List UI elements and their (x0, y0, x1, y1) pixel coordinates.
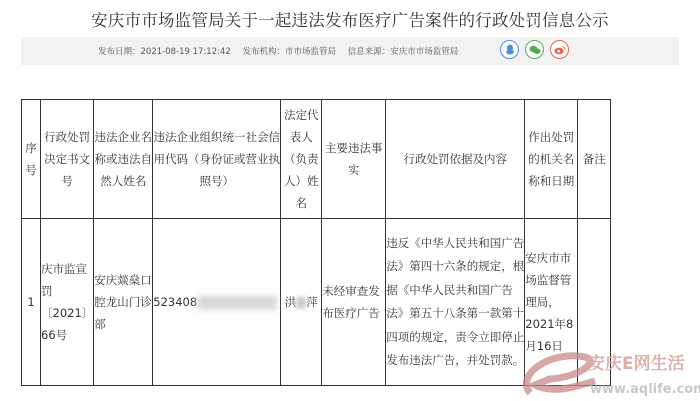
header-seq: 序号 (22, 100, 41, 219)
legal-rep-part-a: 洪 (285, 295, 297, 309)
cell-credit-code: 523408 (153, 219, 281, 386)
header-basis: 行政处罚依据及内容 (386, 100, 525, 219)
header-doc-no: 行政处罚决定书文号 (41, 100, 94, 219)
header-row: 序号 行政处罚决定书文号 违法企业名称或违法自然人姓名 违法企业组织统一社会信用… (22, 100, 611, 219)
publish-date: 发布日期：2021-08-19 17:12:42 (98, 47, 231, 57)
cell-remark (578, 219, 611, 386)
share-weibo-button[interactable] (550, 40, 569, 59)
table-row: 1 庆市监宣罚〔2021〕66号 安庆燚燊口腔龙山门诊部 523408 洪萍 未… (22, 219, 611, 386)
meta-info: 发布日期：2021-08-19 17:12:42 发布机构：市市场监管局 信息来… (98, 45, 467, 57)
header-remark: 备注 (578, 100, 611, 219)
penalty-table: 序号 行政处罚决定书文号 违法企业名称或违法自然人姓名 违法企业组织统一社会信用… (21, 99, 611, 386)
credit-code-visible: 523408 (153, 295, 197, 309)
redacted-blur (296, 297, 306, 309)
publisher: 发布机构：市市场监管局 (242, 47, 336, 57)
cell-facts: 未经审查发布医疗广告 (322, 219, 386, 386)
cell-basis: 违反《中华人民共和国广告法》第四十六条的规定，根据《中华人民共和国广告法》第五十… (386, 219, 525, 386)
cell-legal-rep: 洪萍 (281, 219, 322, 386)
share-qq-button[interactable] (500, 40, 519, 59)
header-legal-rep: 法定代表人（负责人）姓名 (281, 100, 322, 219)
share-wechat-button[interactable] (525, 40, 544, 59)
cell-doc-no: 庆市监宣罚〔2021〕66号 (41, 219, 94, 386)
header-facts: 主要违法事实 (322, 100, 386, 219)
header-authority: 作出处罚的机关名称和日期 (525, 100, 578, 219)
cell-seq: 1 (22, 219, 41, 386)
redacted-blur (197, 296, 277, 310)
cell-name: 安庆燚燊口腔龙山门诊部 (94, 219, 153, 386)
weibo-icon (554, 45, 566, 55)
header-credit-code: 违法企业组织统一社会信用代码（身份证或营业执照号） (153, 100, 281, 219)
legal-rep-part-b: 萍 (306, 295, 318, 309)
wechat-icon (529, 45, 541, 55)
cell-authority: 安庆市市场监督管理局，2021年8月16日 (525, 219, 578, 386)
page-title: 安庆市市场监管局关于一起违法发布医疗广告案件的行政处罚信息公示 (0, 7, 700, 31)
qq-icon (505, 44, 515, 55)
header-name: 违法企业名称或违法自然人姓名 (94, 100, 153, 219)
info-source: 信息来源：安庆市市场监管局 (348, 47, 459, 57)
